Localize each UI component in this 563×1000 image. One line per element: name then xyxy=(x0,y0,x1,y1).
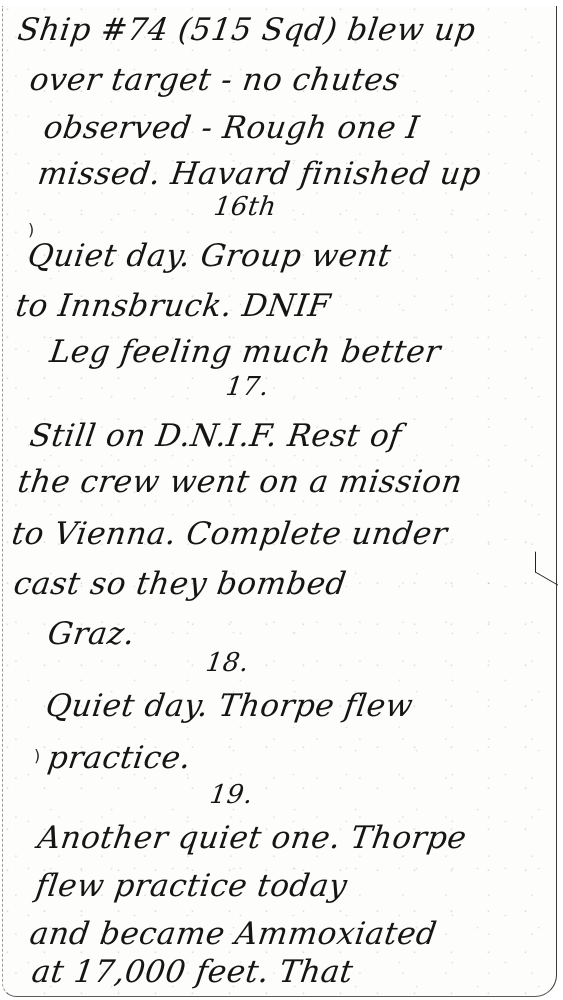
diary-line-2: over target - no chutes xyxy=(27,62,402,98)
diary-line-8: Leg feeling much better xyxy=(47,334,443,370)
diary-line-11: the crew went on a mission xyxy=(15,464,464,500)
diary-line-1: Ship #74 (515 Sqd) blew up xyxy=(15,12,477,48)
diary-line-17: practice. xyxy=(45,740,193,776)
date-heading-16: 16th xyxy=(212,192,278,222)
margin-paren-mark: ) xyxy=(28,220,34,239)
diary-line-10: Still on D.N.I.F. Rest of xyxy=(27,418,403,454)
diary-line-14: Graz. xyxy=(45,616,137,652)
diary-line-20: flew practice today xyxy=(33,868,349,904)
date-heading-19: 19. xyxy=(208,780,255,810)
diary-line-12: to Vienna. Complete under xyxy=(9,516,449,552)
diary-line-7: to Innsbruck. DNIF xyxy=(13,288,332,324)
diary-line-16: Quiet day. Thorpe flew xyxy=(43,688,415,724)
diary-line-13: cast so they bombed xyxy=(11,566,348,602)
margin-paren-mark-2: ) xyxy=(34,746,40,765)
diary-line-4: missed. Havard finished up xyxy=(35,156,483,192)
diary-line-3: observed - Rough one I xyxy=(41,110,421,146)
diary-line-19: Another quiet one. Thorpe xyxy=(35,820,468,856)
diary-line-21: and became Ammoxiated xyxy=(27,916,439,952)
date-heading-18: 18. xyxy=(204,648,251,678)
date-heading-17: 17. xyxy=(224,372,271,402)
diary-line-6: Quiet day. Group went xyxy=(25,238,393,274)
diary-line-22: at 17,000 feet. That xyxy=(29,954,355,990)
